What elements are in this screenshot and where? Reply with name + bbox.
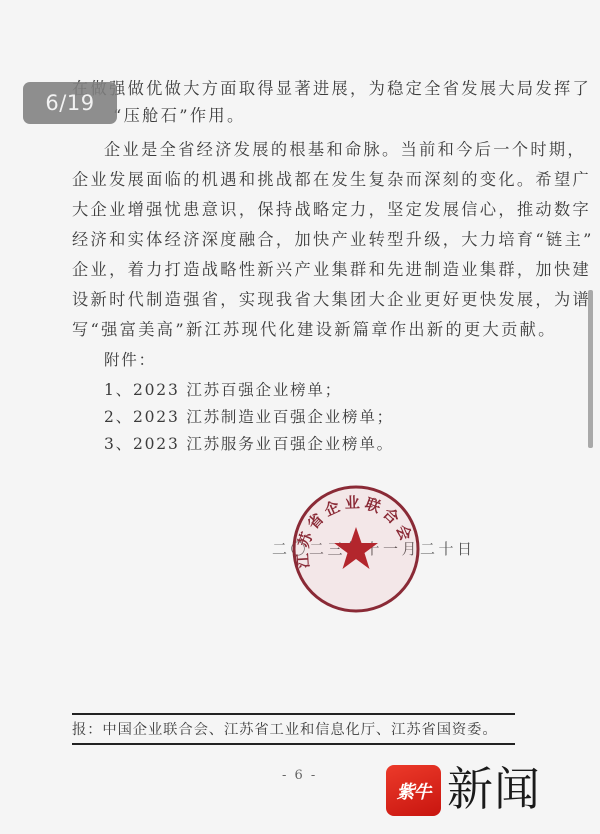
cc-line: 报：中国企业联合会、江苏省工业和信息化厅、江苏省国资委。 [72, 719, 498, 739]
attachment-item-1: 1、2023 江苏百强企业榜单； [104, 378, 342, 400]
body-line-7: 企业，着力打造战略性新兴产业集群和先进制造业集群，加快建 [72, 260, 591, 280]
body-line-1: 在做强做优做大方面取得显著进展，为稳定全省发展大局发挥了 [72, 79, 591, 99]
body-line-4: 企业发展面临的机遇和挑战都在发生复杂而深刻的变化。希望广 [72, 170, 591, 190]
body-line-3: 企业是全省经济发展的根基和命脉。当前和今后一个时期， [104, 140, 586, 160]
attachment-item-3: 3、2023 江苏服务业百强企业榜单。 [104, 432, 394, 454]
body-line-8: 设新时代制造强省，实现我省大集团大企业更好更快发展，为谱 [72, 290, 591, 310]
page-counter-badge: 6/19 [23, 82, 117, 124]
brand-watermark-text: 新闻 [447, 760, 541, 818]
document-page: 在做强做优做大方面取得显著进展，为稳定全省发展大局发挥了 “压舱石”作用。 企业… [0, 0, 600, 834]
body-line-6: 经济和实体经济深度融合，加快产业转型升级，大力培育“链主” [72, 230, 594, 250]
cc-bottom-rule [72, 743, 515, 745]
attachments-heading: 附件： [104, 348, 156, 370]
page-number: - 6 - [282, 768, 317, 783]
body-line-5: 大企业增强忧患意识，保持战略定力，坚定发展信心，推动数字 [72, 200, 591, 220]
ziniu-logo-icon: 紫牛 [386, 765, 441, 816]
body-line-9: 写“强富美高”新江苏现代化建设新篇章作出新的更大贡献。 [72, 320, 557, 340]
body-line-2: “压舱石”作用。 [113, 106, 245, 126]
cc-top-rule [72, 713, 515, 715]
vertical-scrollbar[interactable] [588, 290, 593, 448]
attachment-item-2: 2、2023 江苏制造业百强企业榜单； [104, 405, 394, 427]
official-seal-icon: 江苏省企业联合会 [290, 483, 422, 615]
